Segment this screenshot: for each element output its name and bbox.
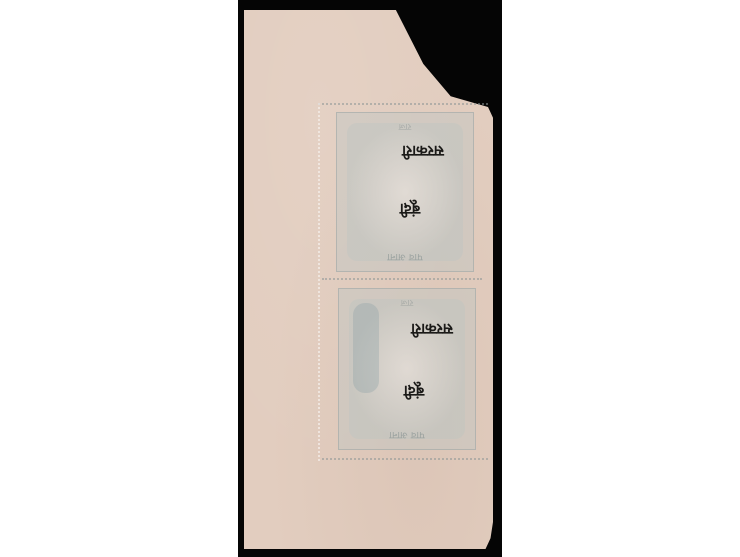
overprint-bundi: बूंदी	[383, 381, 445, 401]
stamp-top-label: राज	[339, 297, 475, 310]
perforation-middle	[322, 278, 482, 280]
stamp-upper: राज सरकारी बूंदी पाव आना	[336, 112, 474, 272]
stamp-value-label: पाव आना	[339, 429, 475, 443]
stamp-lower: राज सरकारी बूंदी पाव आना	[338, 288, 476, 450]
overprint-sarkari: सरकारी	[377, 141, 469, 161]
overprint-sarkari: सरकारी	[389, 319, 475, 339]
perforation-bottom	[322, 458, 488, 460]
stamp-figure	[353, 303, 379, 393]
perforation-top	[318, 103, 488, 105]
stamp-value-label: पाव आना	[337, 251, 473, 265]
perforation-left	[318, 103, 320, 461]
stamp-top-label: राज	[337, 121, 473, 134]
overprint-bundi: बूंदी	[377, 199, 443, 219]
